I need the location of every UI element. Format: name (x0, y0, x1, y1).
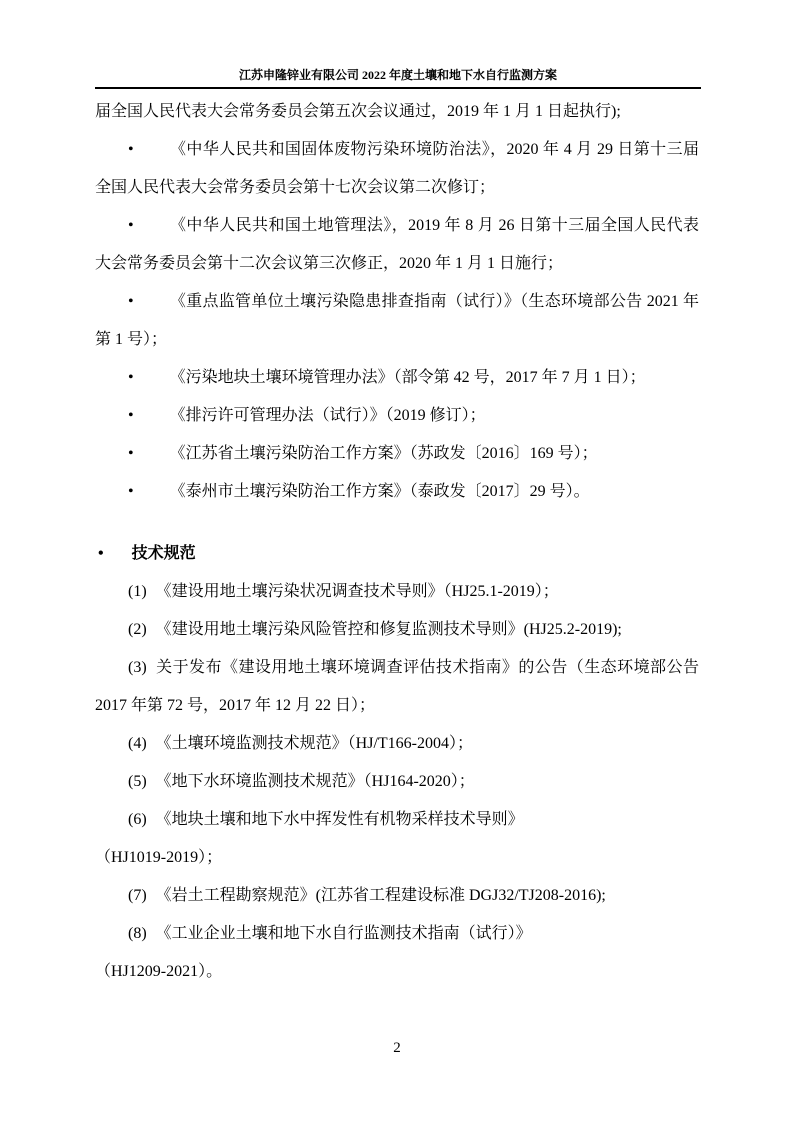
standard-list-item: (5)《地下水环境监测技术规范》（HJ164-2020）； (95, 763, 699, 801)
section-title: 技术规范 (132, 545, 196, 562)
law-list-item: •《重点监管单位土壤污染隐患排查指南（试行）》（生态环境部公告 2021 年第 … (95, 283, 699, 359)
standard-item-text: 《土壤环境监测技术规范》（HJ/T166-2004）； (156, 735, 473, 752)
standard-list-item: (3)关于发布《建设用地土壤环境调查评估技术指南》的公告（生态环境部公告 201… (95, 649, 699, 725)
item-number: (2) (128, 621, 147, 638)
standard-item-text: 《地下水环境监测技术规范》（HJ164-2020）； (156, 773, 475, 790)
law-item-text: 《中华人民共和国土地管理法》，2019 年 8 月 26 日第十三届全国人民代表… (95, 217, 699, 272)
standard-list-item: (7)《岩土工程勘察规范》(江苏省工程建设标准 DGJ32/TJ208-2016… (95, 877, 699, 915)
law-list-item: •《中华人民共和国土地管理法》，2019 年 8 月 26 日第十三届全国人民代… (95, 207, 699, 283)
standard-list-item: (1)《建设用地土壤污染状况调查技术导则》（HJ25.1-2019）； (95, 573, 699, 611)
bullet-icon: • (128, 445, 134, 462)
page-header: 江苏申隆锌业有限公司 2022 年度土壤和地下水自行监测方案 (95, 68, 701, 82)
item-number: (5) (128, 773, 147, 790)
standard-item-text-line2: （HJ1209-2021）。 (95, 953, 699, 991)
paragraph-intro-continuation: 届全国人民代表大会常务委员会第五次会议通过，2019 年 1 月 1 日起执行)… (95, 93, 699, 131)
document-page: 江苏申隆锌业有限公司 2022 年度土壤和地下水自行监测方案 届全国人民代表大会… (0, 0, 794, 1122)
bullet-icon: • (128, 407, 134, 424)
standard-item-text: 《工业企业土壤和地下水自行监测技术指南（试行）》 (156, 925, 532, 942)
standard-item-text: 《地块土壤和地下水中挥发性有机物采样技术导则》 (156, 811, 524, 828)
document-body: 届全国人民代表大会常务委员会第五次会议通过，2019 年 1 月 1 日起执行)… (95, 93, 699, 991)
law-list-item: •《污染地块土壤环境管理办法》（部令第 42 号，2017 年 7 月 1 日）… (95, 359, 699, 397)
bullet-icon: • (128, 369, 134, 386)
law-item-text: 《中华人民共和国固体废物污染环境防治法》，2020 年 4 月 29 日第十三届… (95, 141, 699, 196)
item-number: (8) (128, 925, 147, 942)
bullet-icon: • (128, 217, 134, 234)
law-item-text: 《排污许可管理办法（试行）》（2019 修订）； (170, 407, 486, 424)
law-list-item: •《中华人民共和国固体废物污染环境防治法》，2020 年 4 月 29 日第十三… (95, 131, 699, 207)
law-item-text: 《江苏省土壤污染防治工作方案》（苏政发〔2016〕169 号）； (170, 445, 598, 462)
law-list-item: •《排污许可管理办法（试行）》（2019 修订）； (95, 397, 699, 435)
section-heading-technical-standards: •技术规范 (95, 535, 699, 573)
standard-list-item: (2)《建设用地土壤污染风险管控和修复监测技术导则》(HJ25.2-2019); (95, 611, 699, 649)
item-number: (6) (128, 811, 147, 828)
item-number: (4) (128, 735, 147, 752)
bullet-icon: • (128, 483, 134, 500)
bullet-icon: • (128, 141, 134, 158)
law-item-text: 《重点监管单位土壤污染隐患排查指南（试行）》（生态环境部公告 2021 年第 1… (95, 293, 699, 348)
law-item-text: 《泰州市土壤污染防治工作方案》（泰政发〔2017〕29 号）。 (170, 483, 590, 500)
law-list-item: •《江苏省土壤污染防治工作方案》（苏政发〔2016〕169 号）； (95, 435, 699, 473)
standard-item-text: 关于发布《建设用地土壤环境调查评估技术指南》的公告（生态环境部公告 2017 年… (95, 659, 699, 714)
standard-item-text: 《建设用地土壤污染状况调查技术导则》（HJ25.1-2019）； (156, 583, 559, 600)
standard-list-item: (6)《地块土壤和地下水中挥发性有机物采样技术导则》（HJ1019-2019）； (95, 801, 699, 877)
law-item-text: 《污染地块土壤环境管理办法》（部令第 42 号，2017 年 7 月 1 日）； (170, 369, 646, 386)
intro-text: 届全国人民代表大会常务委员会第五次会议通过，2019 年 1 月 1 日起执行)… (95, 103, 621, 120)
item-number: (1) (128, 583, 147, 600)
header-divider (95, 87, 701, 89)
bullet-icon: • (98, 545, 104, 562)
standard-item-text: 《岩土工程勘察规范》(江苏省工程建设标准 DGJ32/TJ208-2016); (156, 887, 606, 904)
standard-item-text-line2: （HJ1019-2019）； (95, 839, 699, 877)
standard-item-text: 《建设用地土壤污染风险管控和修复监测技术导则》(HJ25.2-2019); (156, 621, 622, 638)
header-title: 江苏申隆锌业有限公司 2022 年度土壤和地下水自行监测方案 (239, 68, 557, 82)
bullet-icon: • (128, 293, 134, 310)
item-number: (7) (128, 887, 147, 904)
law-list-item: •《泰州市土壤污染防治工作方案》（泰政发〔2017〕29 号）。 (95, 473, 699, 511)
standard-list-item: (4)《土壤环境监测技术规范》（HJ/T166-2004）； (95, 725, 699, 763)
standard-list-item: (8)《工业企业土壤和地下水自行监测技术指南（试行）》（HJ1209-2021）… (95, 915, 699, 991)
item-number: (3) (128, 659, 147, 676)
page-number: 2 (0, 1038, 794, 1058)
